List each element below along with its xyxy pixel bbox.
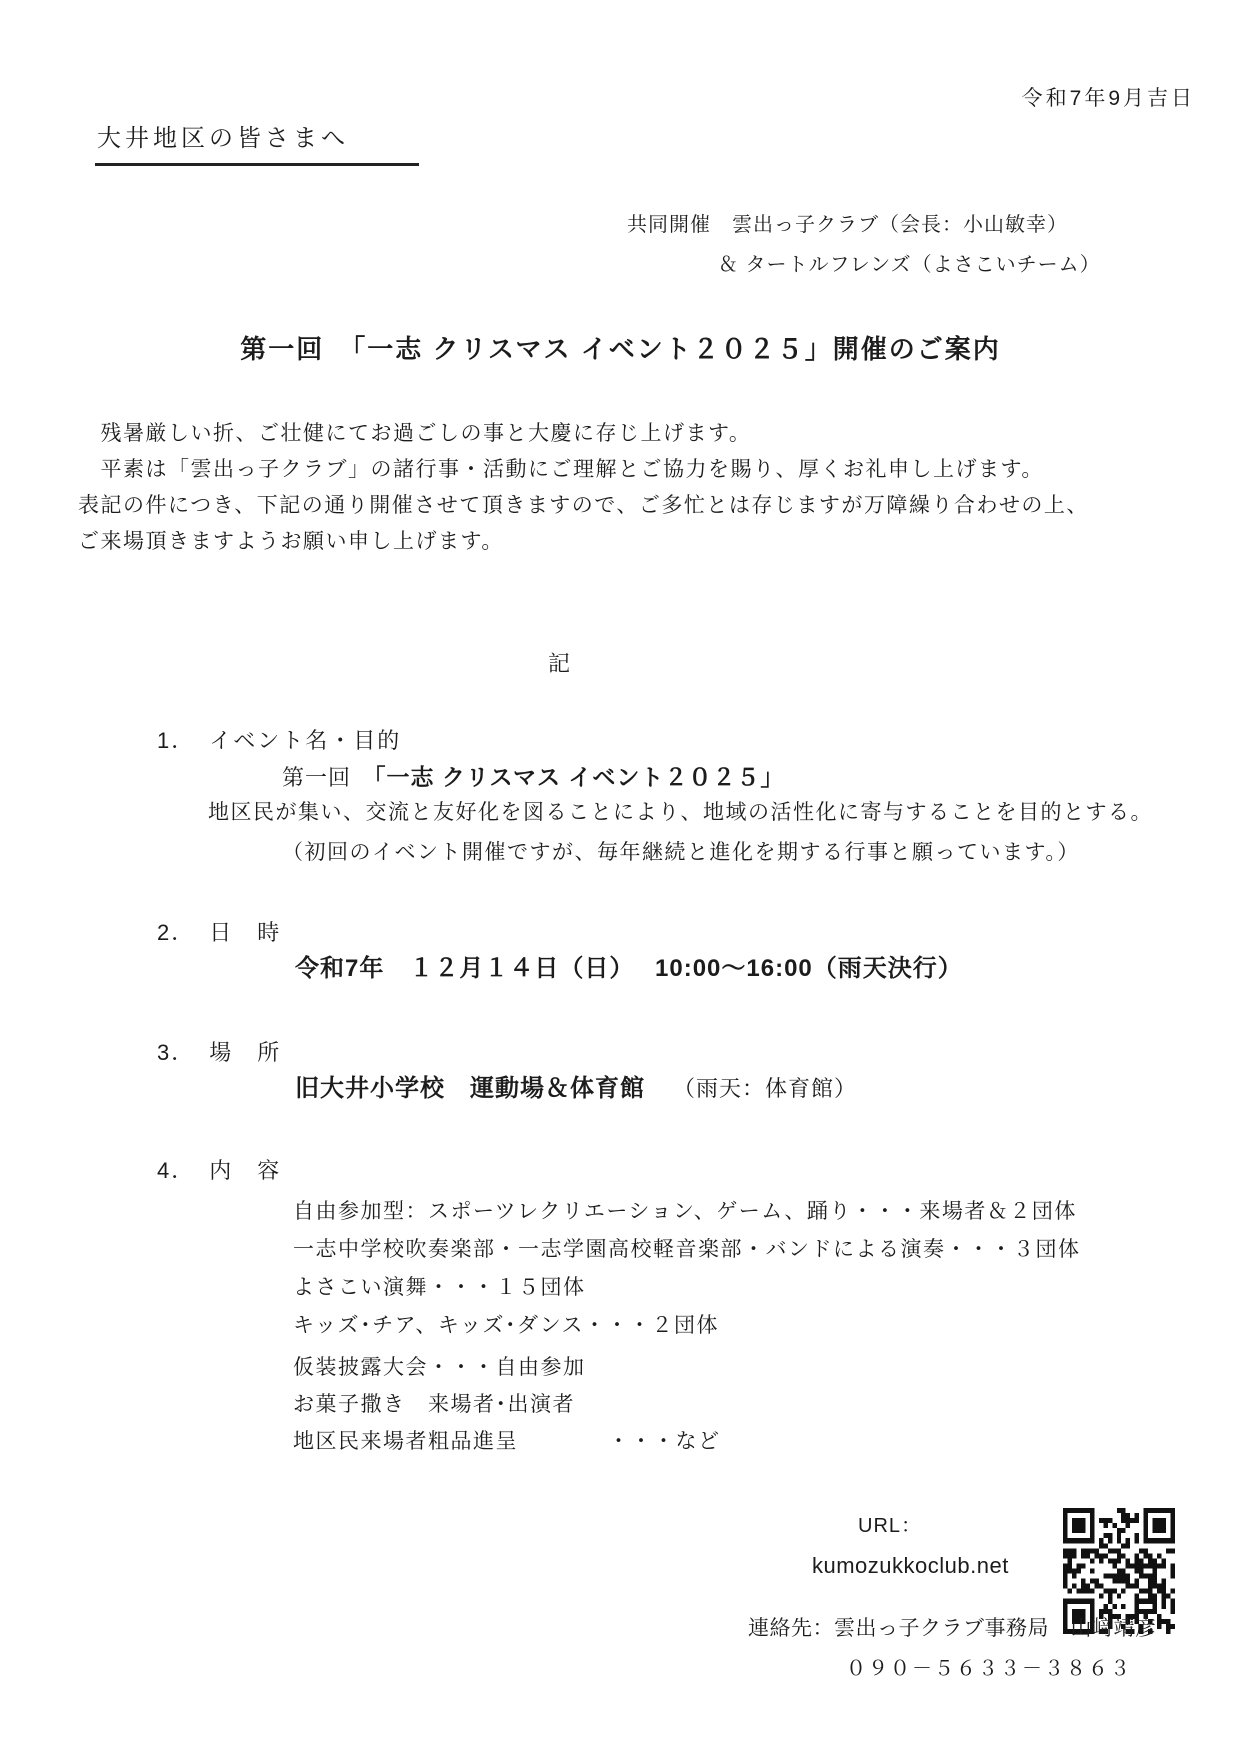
section-4-heading: 4．内 容 <box>157 1157 281 1185</box>
document-page: 令和7年9月吉日 大井地区の皆さまへ 共同開催 雲出っ子クラブ（会長：小山敏幸）… <box>0 0 1241 1755</box>
phone-number: ０９０－５６３３－３８６３ <box>846 1657 1132 1682</box>
greeting-line-1: 残暑厳しい折、ご壮健にてお過ごしの事と大慶に存じ上げます。 <box>78 421 751 447</box>
section-1-number: 1． <box>157 728 195 753</box>
event-prefix: 第一回 <box>282 765 374 790</box>
greeting-line-3: 表記の件につき、下記の通り開催させて頂きますので、ご多忙とは存じますが万障繰り合… <box>78 493 1089 519</box>
url-label: URL： <box>858 1514 922 1539</box>
date-line: 令和7年9月吉日 <box>1022 86 1195 112</box>
section-2-number: 2． <box>157 920 195 945</box>
website-url: kumozukkoclub.net <box>812 1552 1009 1580</box>
greeting-line-4: ご来場頂きますようお願い申し上げます。 <box>78 529 504 555</box>
section-3-heading: 3．場 所 <box>157 1039 281 1067</box>
section-4-number: 4． <box>157 1158 195 1183</box>
event-datetime: 令和7年 １２月１４日（日） 10:00～16:00（雨天決行） <box>295 954 963 984</box>
section-3-number: 3． <box>157 1040 195 1065</box>
section-1-heading: 1．イベント名・目的 <box>157 727 401 755</box>
content-item: 自由参加型：スポーツレクリエーション、ゲーム、踊り・・・来場者＆２団体 <box>293 1199 1077 1225</box>
section-2-title: 日 時 <box>209 920 281 945</box>
venue-line: 旧大井小学校 運動場＆体育館（雨天：体育館） <box>295 1074 857 1104</box>
content-item: よさこい演舞・・・１５団体 <box>293 1275 586 1301</box>
addressee: 大井地区の皆さまへ <box>95 124 419 166</box>
content-item: お菓子撒き 来場者･出演者 <box>293 1392 575 1418</box>
section-2-heading: 2．日 時 <box>157 919 281 947</box>
event-purpose: 地区民が集い、交流と友好化を図ることにより、地域の活性化に寄与することを目的とす… <box>208 800 1153 826</box>
event-note: （初回のイベント開催ですが、毎年継続と進化を期する行事と願っています。） <box>282 840 1080 866</box>
cohost-line-1: 共同開催 雲出っ子クラブ（会長：小山敏幸） <box>627 213 1068 238</box>
qr-code-icon <box>1063 1468 1175 1594</box>
cohost-line-2: ＆ タートルフレンズ（よさこいチーム） <box>718 253 1101 278</box>
event-name: 「一志 クリスマス イベント２０２５」 <box>374 764 784 790</box>
section-1-title: イベント名・目的 <box>209 728 401 753</box>
section-4-title: 内 容 <box>209 1158 281 1183</box>
venue-name: 旧大井小学校 運動場＆体育館 <box>295 1075 645 1102</box>
content-item: 仮装披露大会・・・自由参加 <box>293 1355 586 1381</box>
content-item: キッズ･チア、キッズ･ダンス・・・２団体 <box>293 1313 719 1339</box>
event-name-line: 第一回 「一志 クリスマス イベント２０２５」 <box>282 763 784 792</box>
record-marker: 記 <box>0 650 1120 678</box>
section-3-title: 場 所 <box>209 1040 281 1065</box>
content-item: 地区民来場者粗品進呈 ・・・など <box>293 1429 721 1455</box>
contact-line: 連絡先：雲出っ子クラブ事務局 山﨑靖彦 <box>748 1616 1157 1642</box>
document-title: 第一回 「一志 クリスマス イベント２０２５」開催のご案内 <box>0 333 1241 366</box>
venue-rain-note: （雨天：体育館） <box>673 1076 857 1101</box>
greeting-line-2: 平素は「雲出っ子クラブ」の諸行事・活動にご理解とご協力を賜り、厚くお礼申し上げま… <box>78 457 1044 483</box>
content-item: 一志中学校吹奏楽部・一志学園高校軽音楽部・バンドによる演奏・・・３団体 <box>293 1237 1081 1263</box>
